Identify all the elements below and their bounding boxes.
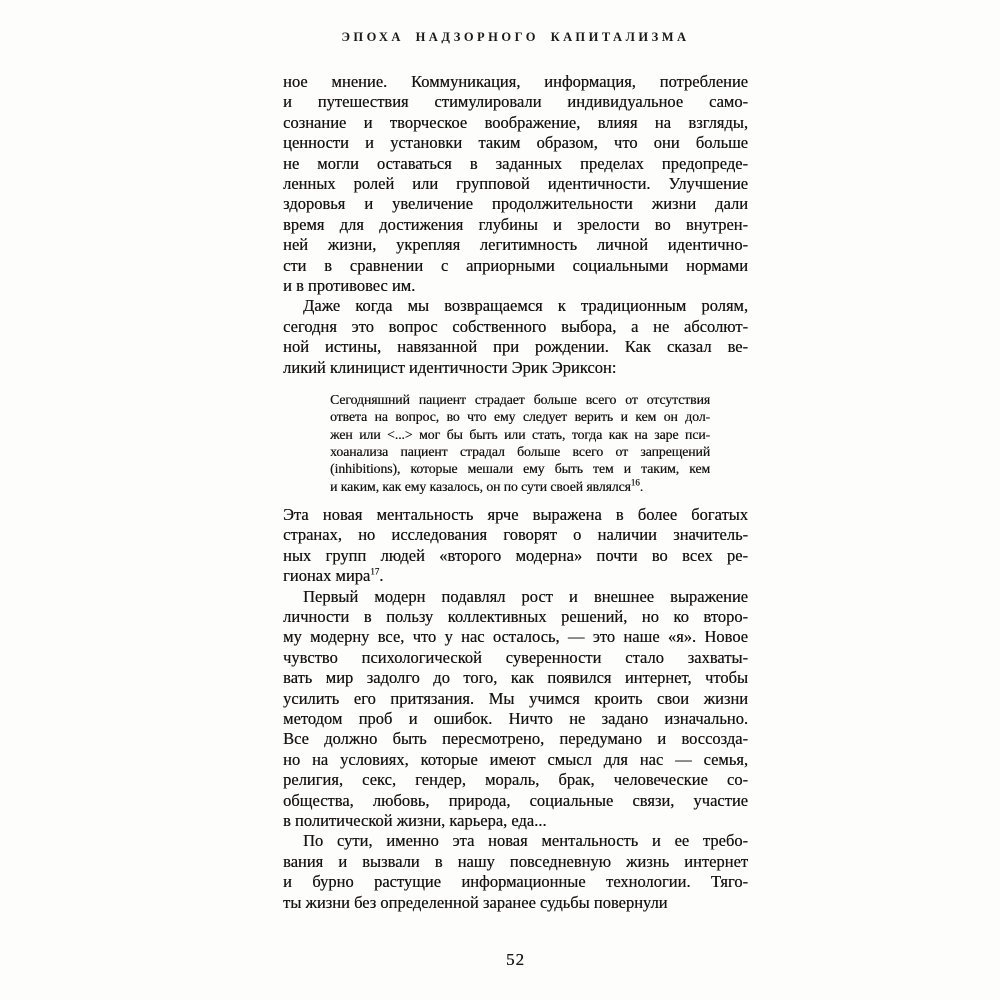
text-line: но на условиях, которые имеют смысл для … (283, 750, 748, 770)
text-line: По сути, именно эта новая ментальность и… (283, 831, 748, 851)
paragraph: ное мнение. Коммуникация, информация, по… (283, 72, 748, 296)
text-line: методом проб и ошибок. Ничто не задано и… (283, 709, 748, 729)
text-line: хоанализа пациент страдал больше всего о… (330, 443, 710, 460)
text-line: усилить его притязания. Мы учимся кроить… (283, 689, 748, 709)
page-number: 52 (283, 950, 748, 970)
paragraph: Даже когда мы возвращаемся к традиционны… (283, 296, 748, 378)
text-line: му модерну все, что у нас осталось, — эт… (283, 627, 748, 647)
text-line: сознание и творческое воображение, влияя… (283, 113, 748, 133)
text-segment: и каким, как ему казалось, он по сути св… (330, 479, 631, 494)
text-line: жен или <...> мог бы быть или стать, тог… (330, 426, 710, 443)
running-header: ЭПОХА НАДЗОРНОГО КАПИТАЛИЗМА (283, 30, 748, 45)
text-line: ное мнение. Коммуникация, информация, по… (283, 72, 748, 92)
text-line: ленных ролей или групповой идентичности.… (283, 174, 748, 194)
book-page: ЭПОХА НАДЗОРНОГО КАПИТАЛИЗМА ное мнение.… (0, 0, 1000, 1000)
text-line: и каким, как ему казалось, он по сути св… (330, 478, 710, 495)
text-line: Даже когда мы возвращаемся к традиционны… (283, 296, 748, 316)
text-line: Первый модерн подавлял рост и внешнее вы… (283, 587, 748, 607)
text-line: ответа на вопрос, во что ему следует вер… (330, 408, 710, 425)
paragraph: Первый модерн подавлял рост и внешнее вы… (283, 587, 748, 832)
text-line: Сегодняшний пациент страдает больше всег… (330, 391, 710, 408)
paragraph: Эта новая ментальность ярче выражена в б… (283, 505, 748, 587)
text-line: ных групп людей «второго модерна» почти … (283, 546, 748, 566)
page-body: ное мнение. Коммуникация, информация, по… (283, 72, 748, 913)
text-line: ликий клиницист идентичности Эрик Эриксо… (283, 358, 748, 378)
text-segment: . (640, 479, 643, 494)
text-line: Эта новая ментальность ярче выражена в б… (283, 505, 748, 525)
text-line: Все должно быть пересмотрено, передумано… (283, 729, 748, 749)
text-line: чувство психологической суверенности ста… (283, 648, 748, 668)
text-line: в политической жизни, карьера, еда... (283, 811, 748, 831)
text-line: ней жизни, укрепляя легитимность личной … (283, 235, 748, 255)
text-line: и в противовес им. (283, 276, 748, 296)
text-line: сти в сравнении с априорными социальными… (283, 256, 748, 276)
text-segment: гионах мира (283, 566, 370, 585)
text-line: не могли оставаться в заданных пределах … (283, 154, 748, 174)
text-line: сегодня это вопрос собственного выбора, … (283, 317, 748, 337)
text-line: личности в пользу коллективных решений, … (283, 607, 748, 627)
text-line: ценности и установки таким образом, что … (283, 133, 748, 153)
text-line: ной истины, навязанной при рождении. Как… (283, 337, 748, 357)
text-line: время для достижения глубины и зрелости … (283, 215, 748, 235)
footnote-ref: 17 (370, 567, 379, 577)
text-line: и бурно растущие информационные технолог… (283, 872, 748, 892)
text-segment: . (379, 566, 383, 585)
text-line: ты жизни без определенной заранее судьбы… (283, 893, 748, 913)
text-line: странах, но исследования говорят о налич… (283, 525, 748, 545)
footnote-ref: 16 (631, 477, 640, 487)
text-line: общества, любовь, природа, социальные св… (283, 791, 748, 811)
text-line: вать мир задолго до того, как появился и… (283, 668, 748, 688)
text-line: вания и вызвали в нашу повседневную жизн… (283, 852, 748, 872)
text-line: религия, секс, гендер, мораль, брак, чел… (283, 770, 748, 790)
text-line: (inhibitions), которые мешали ему быть т… (330, 460, 710, 477)
text-line: и путешествия стимулировали индивидуальн… (283, 92, 748, 112)
paragraph: По сути, именно эта новая ментальность и… (283, 831, 748, 913)
text-line: здоровья и увеличение продолжительности … (283, 194, 748, 214)
text-line: гионах мира17. (283, 566, 748, 586)
blockquote: Сегодняшний пациент страдает больше всег… (330, 391, 710, 495)
